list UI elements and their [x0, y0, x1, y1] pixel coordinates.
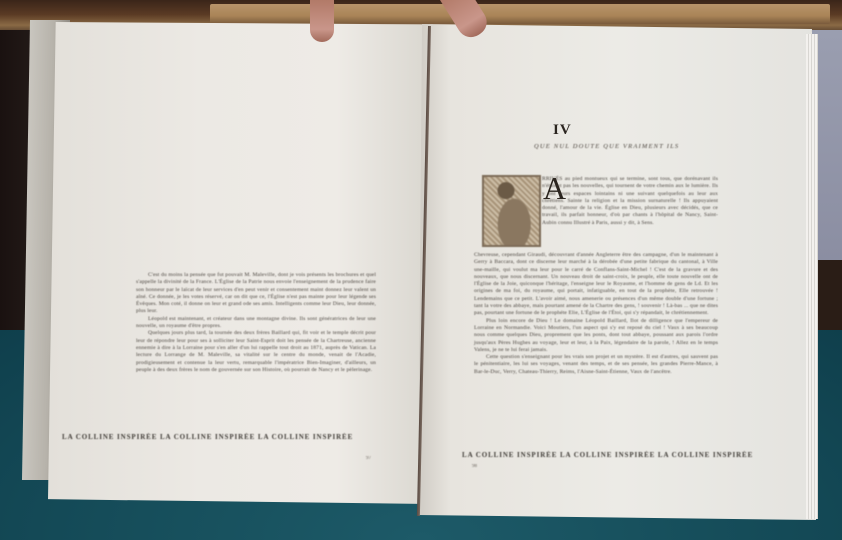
paragraph: RRIVÉS au pied montueux qui se termine, …	[542, 176, 718, 227]
paragraph: Léopold est maintenant, et créateur dans…	[136, 316, 376, 331]
chapter-number: IV	[553, 122, 572, 139]
page-number-left: 97	[366, 456, 371, 461]
page-number-right: 98	[472, 464, 477, 469]
paragraph: Cette question s'enseignant pour les vra…	[474, 354, 718, 376]
paragraph: C'est du moins la pensée que fut pouvait…	[136, 272, 376, 316]
running-footer-right: LA COLLINE INSPIRÉE LA COLLINE INSPIRÉE …	[462, 451, 753, 459]
book-photo-scene: C'est du moins la pensée que fut pouvait…	[0, 0, 842, 540]
running-footer-left: LA COLLINE INSPIRÉE LA COLLINE INSPIRÉE …	[62, 433, 353, 441]
left-page	[48, 22, 433, 504]
shelf-rail	[210, 4, 830, 24]
right-page-body: Chevreuse, cependant Giraudi, découvrant…	[474, 252, 718, 376]
paragraph: Chevreuse, cependant Giraudi, découvrant…	[474, 252, 718, 318]
woodcut-illustration	[482, 175, 541, 247]
paragraph: Quelques jours plus tard, la tournée des…	[136, 330, 376, 374]
paragraph: Plus loin encore de Dieu ! Le domaine Lé…	[474, 318, 718, 354]
right-page-opening: RRIVÉS au pied montueux qui se termine, …	[542, 176, 718, 227]
page-edges	[806, 34, 818, 519]
left-page-body: C'est du moins la pensée que fut pouvait…	[136, 272, 376, 374]
finger-left	[310, 0, 334, 42]
chapter-subtitle: QUE NUL DOUTE QUE VRAIMENT ILS	[534, 143, 679, 150]
